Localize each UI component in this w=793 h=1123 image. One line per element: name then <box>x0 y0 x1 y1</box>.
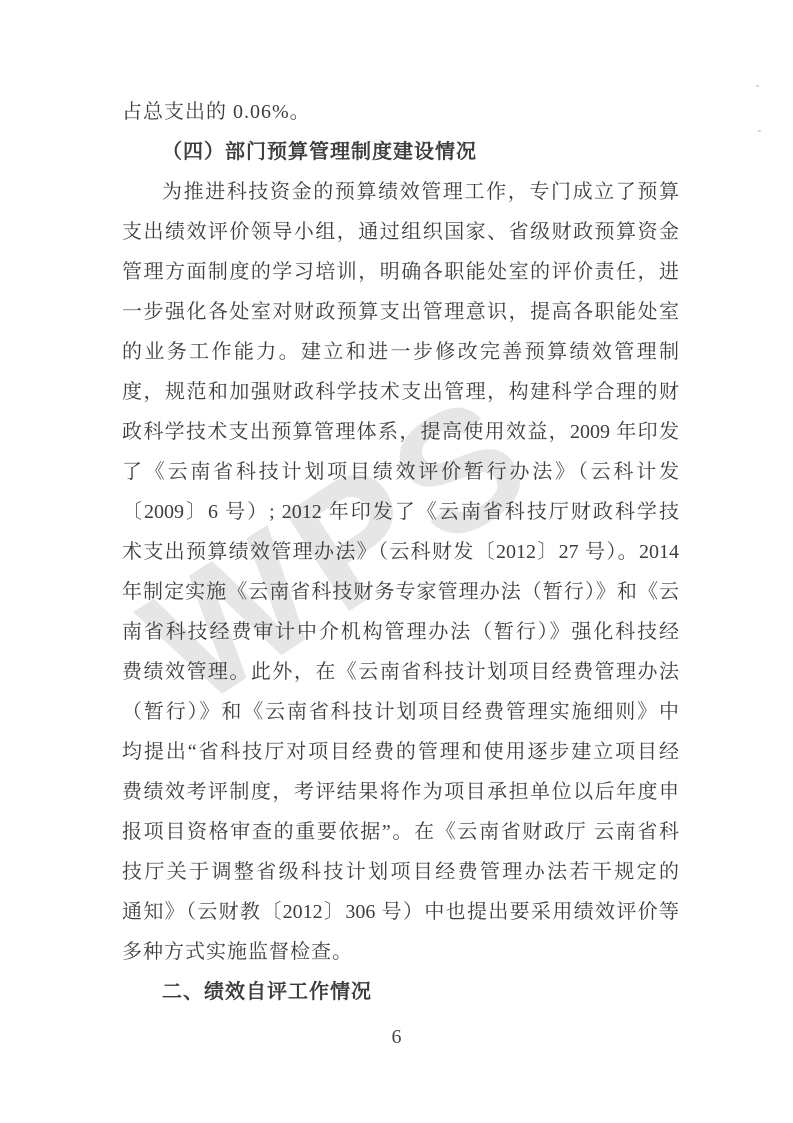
text-line: 多种方式实施监督检查。 <box>122 932 679 972</box>
text-line: 二、绩效自评工作情况 <box>122 972 679 1012</box>
text-line: 技厅关于调整省级科技计划项目经费管理办法若干规定的 <box>122 852 679 892</box>
text-line: 费绩效管理。此外，在《云南省科技计划项目经费管理办法 <box>122 652 679 692</box>
text-line: 的业务工作能力。建立和进一步修改完善预算绩效管理制 <box>122 332 679 372</box>
text-line: 度，规范和加强财政科学技术支出管理，构建科学合理的财 <box>122 372 679 412</box>
text-line: 占总支出的 0.06%。 <box>122 92 679 132</box>
scan-artifact <box>758 130 761 132</box>
text-line: 报项目资格审查的重要依据”。在《云南省财政厅 云南省科 <box>122 812 679 852</box>
text-line: 术支出预算绩效管理办法》（云科财发〔2012〕27 号）。2014 <box>122 532 679 572</box>
text-block: 占总支出的 0.06%。（四）部门预算管理制度建设情况为推进科技资金的预算绩效管… <box>122 92 679 1012</box>
text-line: 一步强化各处室对财政预算支出管理意识，提高各职能处室 <box>122 292 679 332</box>
text-line: 〔2009〕6 号）; 2012 年印发了《云南省科技厅财政科学技 <box>122 492 679 532</box>
text-line: 支出绩效评价领导小组，通过组织国家、省级财政预算资金 <box>122 212 679 252</box>
text-line: 了《云南省科技计划项目绩效评价暂行办法》（云科计发 <box>122 452 679 492</box>
text-line: 管理方面制度的学习培训，明确各职能处室的评价责任，进 <box>122 252 679 292</box>
document-page: WPS 占总支出的 0.06%。（四）部门预算管理制度建设情况为推进科技资金的预… <box>0 0 793 1123</box>
text-line: （四）部门预算管理制度建设情况 <box>122 132 679 172</box>
page-number: 6 <box>0 1026 793 1049</box>
text-line: 费绩效考评制度，考评结果将作为项目承担单位以后年度申 <box>122 772 679 812</box>
text-line: 为推进科技资金的预算绩效管理工作，专门成立了预算 <box>122 172 679 212</box>
scan-artifact <box>756 85 759 87</box>
text-line: 年制定实施《云南省科技财务专家管理办法（暂行）》和《云 <box>122 572 679 612</box>
text-line: 通知》（云财教〔2012〕306 号）中也提出要采用绩效评价等 <box>122 892 679 932</box>
text-line: 南省科技经费审计中介机构管理办法（暂行）》强化科技经 <box>122 612 679 652</box>
text-line: （暂行）》和《云南省科技计划项目经费管理实施细则》中 <box>122 692 679 732</box>
text-line: 政科学技术支出预算管理体系，提高使用效益，2009 年印发 <box>122 412 679 452</box>
text-line: 均提出“省科技厅对项目经费的管理和使用逐步建立项目经 <box>122 732 679 772</box>
